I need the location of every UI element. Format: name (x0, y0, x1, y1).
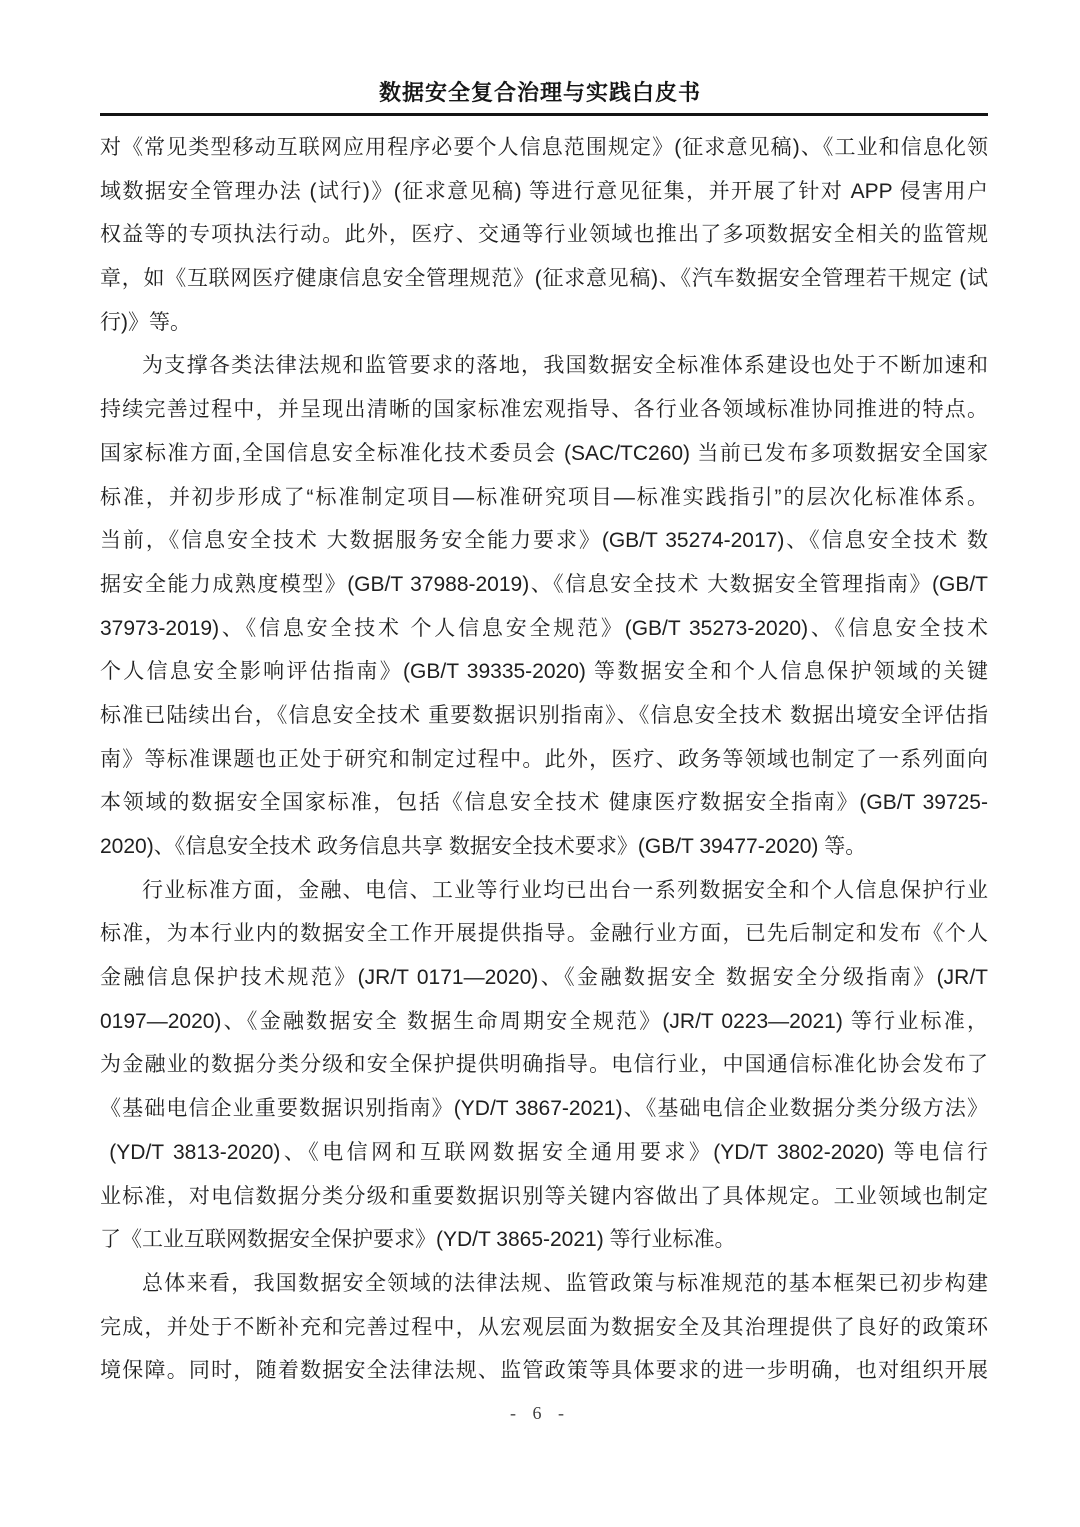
document-page: 数据安全复合治理与实践白皮书 对《常见类型移动互联网应用程序必要个人信息范围规定… (0, 0, 1080, 1527)
text-line: 金融信息保护技术规范》(JR/T 0171—2020)、《金融数据安全 数据安全… (100, 956, 988, 1000)
text-line: 标准已陆续出台，《信息安全技术 重要数据识别指南》、《信息安全技术 数据出境安全… (100, 694, 988, 738)
text-line: 据安全能力成熟度模型》(GB/T 37988-2019)、《信息安全技术 大数据… (100, 563, 988, 607)
text-line: 南》等标准课题也正处于研究和制定过程中。此外，医疗、政务等领域也制定了一系列面向 (100, 738, 988, 782)
text-line: 境保障。同时，随着数据安全法律法规、监管政策等具体要求的进一步明确，也对组织开展 (100, 1349, 988, 1393)
text-line: 行业标准方面，金融、电信、工业等行业均已出台一系列数据安全和个人信息保护行业 (100, 869, 988, 913)
text-line: 国家标准方面,全国信息安全标准化技术委员会 (SAC/TC260) 当前已发布多… (100, 432, 988, 476)
text-line: 持续完善过程中，并呈现出清晰的国家标准宏观指导、各行业各领域标准协同推进的特点。 (100, 388, 988, 432)
text-line: 个人信息安全影响评估指南》(GB/T 39335-2020) 等数据安全和个人信… (100, 650, 988, 694)
text-line: 0197—2020)、《金融数据安全 数据生命周期安全规范》(JR/T 0223… (100, 1000, 988, 1044)
text-line: (YD/T 3813-2020)、《电信网和互联网数据安全通用要求》(YD/T … (100, 1131, 988, 1175)
text-line: 总体来看，我国数据安全领域的法律法规、监管政策与标准规范的基本框架已初步构建 (100, 1262, 988, 1306)
page-footer: - 6 - (0, 1403, 1080, 1424)
text-line: 为金融业的数据分类分级和安全保护提供明确指导。电信行业，中国通信标准化协会发布了 (100, 1043, 988, 1087)
page-number: - 6 - (510, 1403, 570, 1423)
text-line: 标准，为本行业内的数据安全工作开展提供指导。金融行业方面，已先后制定和发布《个人 (100, 912, 988, 956)
header-rule-divider (100, 113, 988, 116)
page-title: 数据安全复合治理与实践白皮书 (0, 80, 1080, 106)
text-line: 为支撑各类法律法规和监管要求的落地，我国数据安全标准体系建设也处于不断加速和 (100, 344, 988, 388)
text-line: 对《常见类型移动互联网应用程序必要个人信息范围规定》(征求意见稿)、《工业和信息… (100, 126, 988, 170)
text-line: 2020)、《信息安全技术 政务信息共享 数据安全技术要求》(GB/T 3947… (100, 825, 988, 869)
text-line: 权益等的专项执法行动。此外，医疗、交通等行业领域也推出了多项数据安全相关的监管规 (100, 213, 988, 257)
text-line: 业标准，对电信数据分类分级和重要数据识别等关键内容做出了具体规定。工业领域也制定 (100, 1175, 988, 1219)
text-line: 本领域的数据安全国家标准，包括《信息安全技术 健康医疗数据安全指南》(GB/T … (100, 781, 988, 825)
text-line: 了《工业互联网数据安全保护要求》(YD/T 3865-2021) 等行业标准。 (100, 1218, 988, 1262)
document-body: 对《常见类型移动互联网应用程序必要个人信息范围规定》(征求意见稿)、《工业和信息… (100, 126, 988, 1393)
text-line: 章，如《互联网医疗健康信息安全管理规范》(征求意见稿)、《汽车数据安全管理若干规… (100, 257, 988, 301)
text-line: 《基础电信企业重要数据识别指南》(YD/T 3867-2021)、《基础电信企业… (100, 1087, 988, 1131)
text-line: 域数据安全管理办法 (试行)》(征求意见稿) 等进行意见征集，并开展了针对 AP… (100, 170, 988, 214)
text-line: 行)》等。 (100, 301, 988, 345)
text-line: 标准，并初步形成了“标准制定项目—标准研究项目—标准实践指引”的层次化标准体系。 (100, 476, 988, 520)
text-line: 当前，《信息安全技术 大数据服务安全能力要求》(GB/T 35274-2017)… (100, 519, 988, 563)
text-line: 完成，并处于不断补充和完善过程中，从宏观层面为数据安全及其治理提供了良好的政策环 (100, 1306, 988, 1350)
text-line: 37973-2019)、《信息安全技术 个人信息安全规范》(GB/T 35273… (100, 607, 988, 651)
